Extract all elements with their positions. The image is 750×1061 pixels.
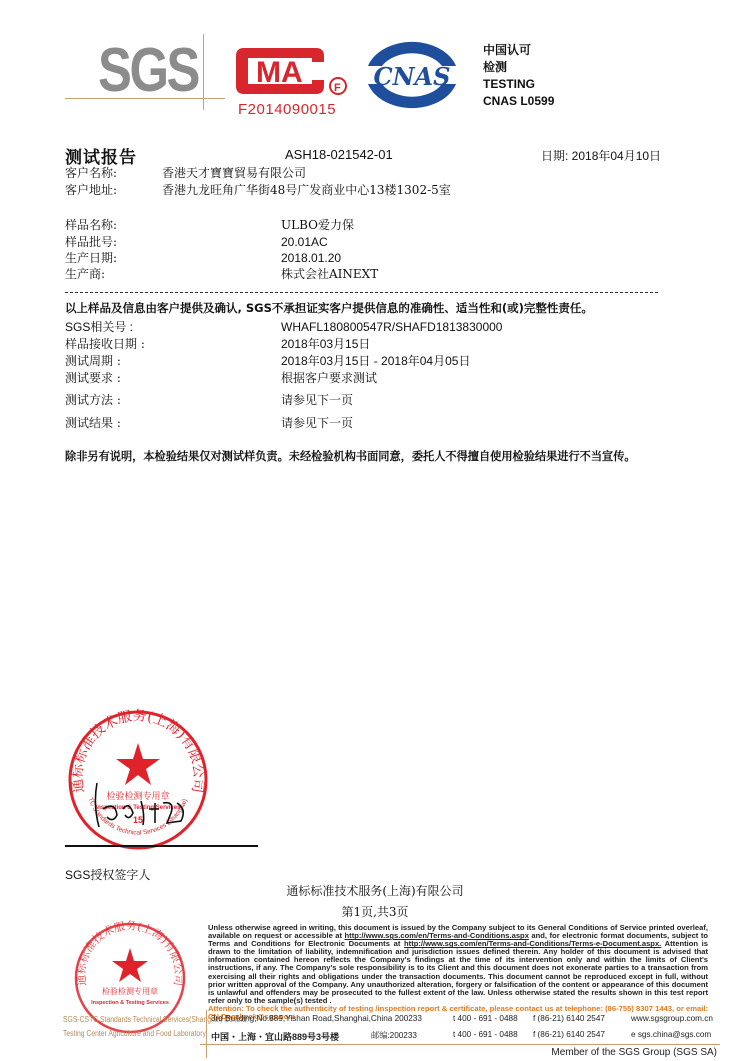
svg-text:15: 15 xyxy=(133,815,143,825)
field-value: WHAFL180800547R/SHAFD1813830000 xyxy=(281,320,502,335)
report-number: ASH18-021542-01 xyxy=(285,147,393,162)
postcode-cn: 邮编:200233 xyxy=(371,1030,417,1041)
dashed-divider xyxy=(65,292,658,293)
cma-logo-text: MA xyxy=(256,56,303,89)
sgs-logo-rule-vertical xyxy=(203,34,204,110)
field-label: SGS相关号 : xyxy=(65,320,133,335)
footer-rule-vertical xyxy=(206,1010,207,1058)
field-value: 20.01AC xyxy=(281,235,328,250)
report-title: 测试报告 xyxy=(65,143,137,168)
phone: t 400 - 691 - 0488 xyxy=(453,1014,518,1023)
address-cn: 中国・上海・宜山路889号3号楼 xyxy=(211,1030,339,1043)
svg-text:Inspection & Testing Services: Inspection & Testing Services xyxy=(91,1000,169,1006)
field-label: 生产商: xyxy=(65,267,105,282)
field-label: 测试周期 : xyxy=(65,354,121,369)
report-date: 日期: 2018年04月10日 xyxy=(541,147,661,164)
field-value: 根据客户要求测试 xyxy=(281,371,377,386)
official-seal: 通标标准技术服务(上海)有限公司 SGS-CSTC Standards Tech… xyxy=(63,705,213,855)
results-disclaimer: 除非另有说明，本检验结果仅对测试样负责。未经检验机构书面同意，委托人不得擅自使用… xyxy=(65,448,636,464)
field-label: 测试方法 : xyxy=(65,393,121,408)
signature-line xyxy=(65,845,258,847)
cnas-logo: CNAS xyxy=(356,36,468,114)
field-value: 株式会社AINEXT xyxy=(281,267,378,282)
field-label: 样品接收日期 : xyxy=(65,337,145,352)
field-label: 客户地址: xyxy=(65,183,117,198)
accreditation-block: 中国认可 检测 TESTING CNAS L0599 xyxy=(483,42,554,110)
fax: f (86-21) 6140 2547 xyxy=(533,1030,605,1039)
legal-text: Attention is drawn to the limitation of … xyxy=(208,939,708,1005)
website-link[interactable]: www.sgsgroup.com.cn xyxy=(631,1014,713,1023)
address-en: 3rd Building,No.889,Yishan Road,Shanghai… xyxy=(211,1014,422,1023)
field-label: 客户名称: xyxy=(65,166,117,181)
svg-text:F: F xyxy=(334,82,341,94)
field-label: 测试结果 : xyxy=(65,416,121,431)
footer-rule xyxy=(200,1044,720,1045)
cma-number: F2014090015 xyxy=(238,101,336,118)
field-label: 生产日期: xyxy=(65,251,117,266)
cert-line: 中国认可 xyxy=(483,42,554,59)
field-value: 香港九龙旺角广华街48号广发商业中心13楼1302-5室 xyxy=(162,183,451,198)
phone: t 400 - 691 - 0488 xyxy=(453,1030,518,1039)
field-value: 请参见下一页 xyxy=(281,416,353,431)
sample-disclaimer: 以上样品及信息由客户提供及确认, SGS不承担证实客户提供信息的准确性、适当性和… xyxy=(65,300,593,316)
company-name-footer: 通标标准技术服务(上海)有限公司 xyxy=(0,882,750,899)
field-value: 2018.01.20 xyxy=(281,251,341,266)
svg-text:检验检测专用章: 检验检测专用章 xyxy=(102,986,158,996)
cert-line: CNAS L0599 xyxy=(483,93,554,110)
field-label: 样品批号: xyxy=(65,235,117,250)
footer-lab-name: Testing Center Agriculture and Food Labo… xyxy=(63,1029,206,1038)
cert-line: TESTING xyxy=(483,76,554,93)
field-value: 2018年03月15日 - 2018年04月05日 xyxy=(281,354,470,369)
signer-label: SGS授权签字人 xyxy=(65,866,150,883)
field-value: 香港天才寶寶貿易有限公司 xyxy=(162,166,306,181)
cert-line: 检测 xyxy=(483,59,554,76)
field-value: 2018年03月15日 xyxy=(281,337,370,352)
field-value: 请参见下一页 xyxy=(281,393,353,408)
legal-terms: Unless otherwise agreed in writing, this… xyxy=(208,924,708,1021)
fax: f (86-21) 6140 2547 xyxy=(533,1014,605,1023)
sgs-member-note: Member of the SGS Group (SGS SA) xyxy=(551,1047,717,1058)
svg-text:检验检测专用章: 检验检测专用章 xyxy=(106,790,169,802)
field-label: 测试要求 : xyxy=(65,371,121,386)
sgs-logo: SGS xyxy=(98,40,198,102)
field-value: ULBO爱力保 xyxy=(281,218,354,233)
field-label: 样品名称: xyxy=(65,218,117,233)
cma-logo: MA F xyxy=(230,40,350,100)
svg-text:CNAS: CNAS xyxy=(374,62,451,91)
email-link[interactable]: e sgs.china@sgs.com xyxy=(631,1030,711,1039)
